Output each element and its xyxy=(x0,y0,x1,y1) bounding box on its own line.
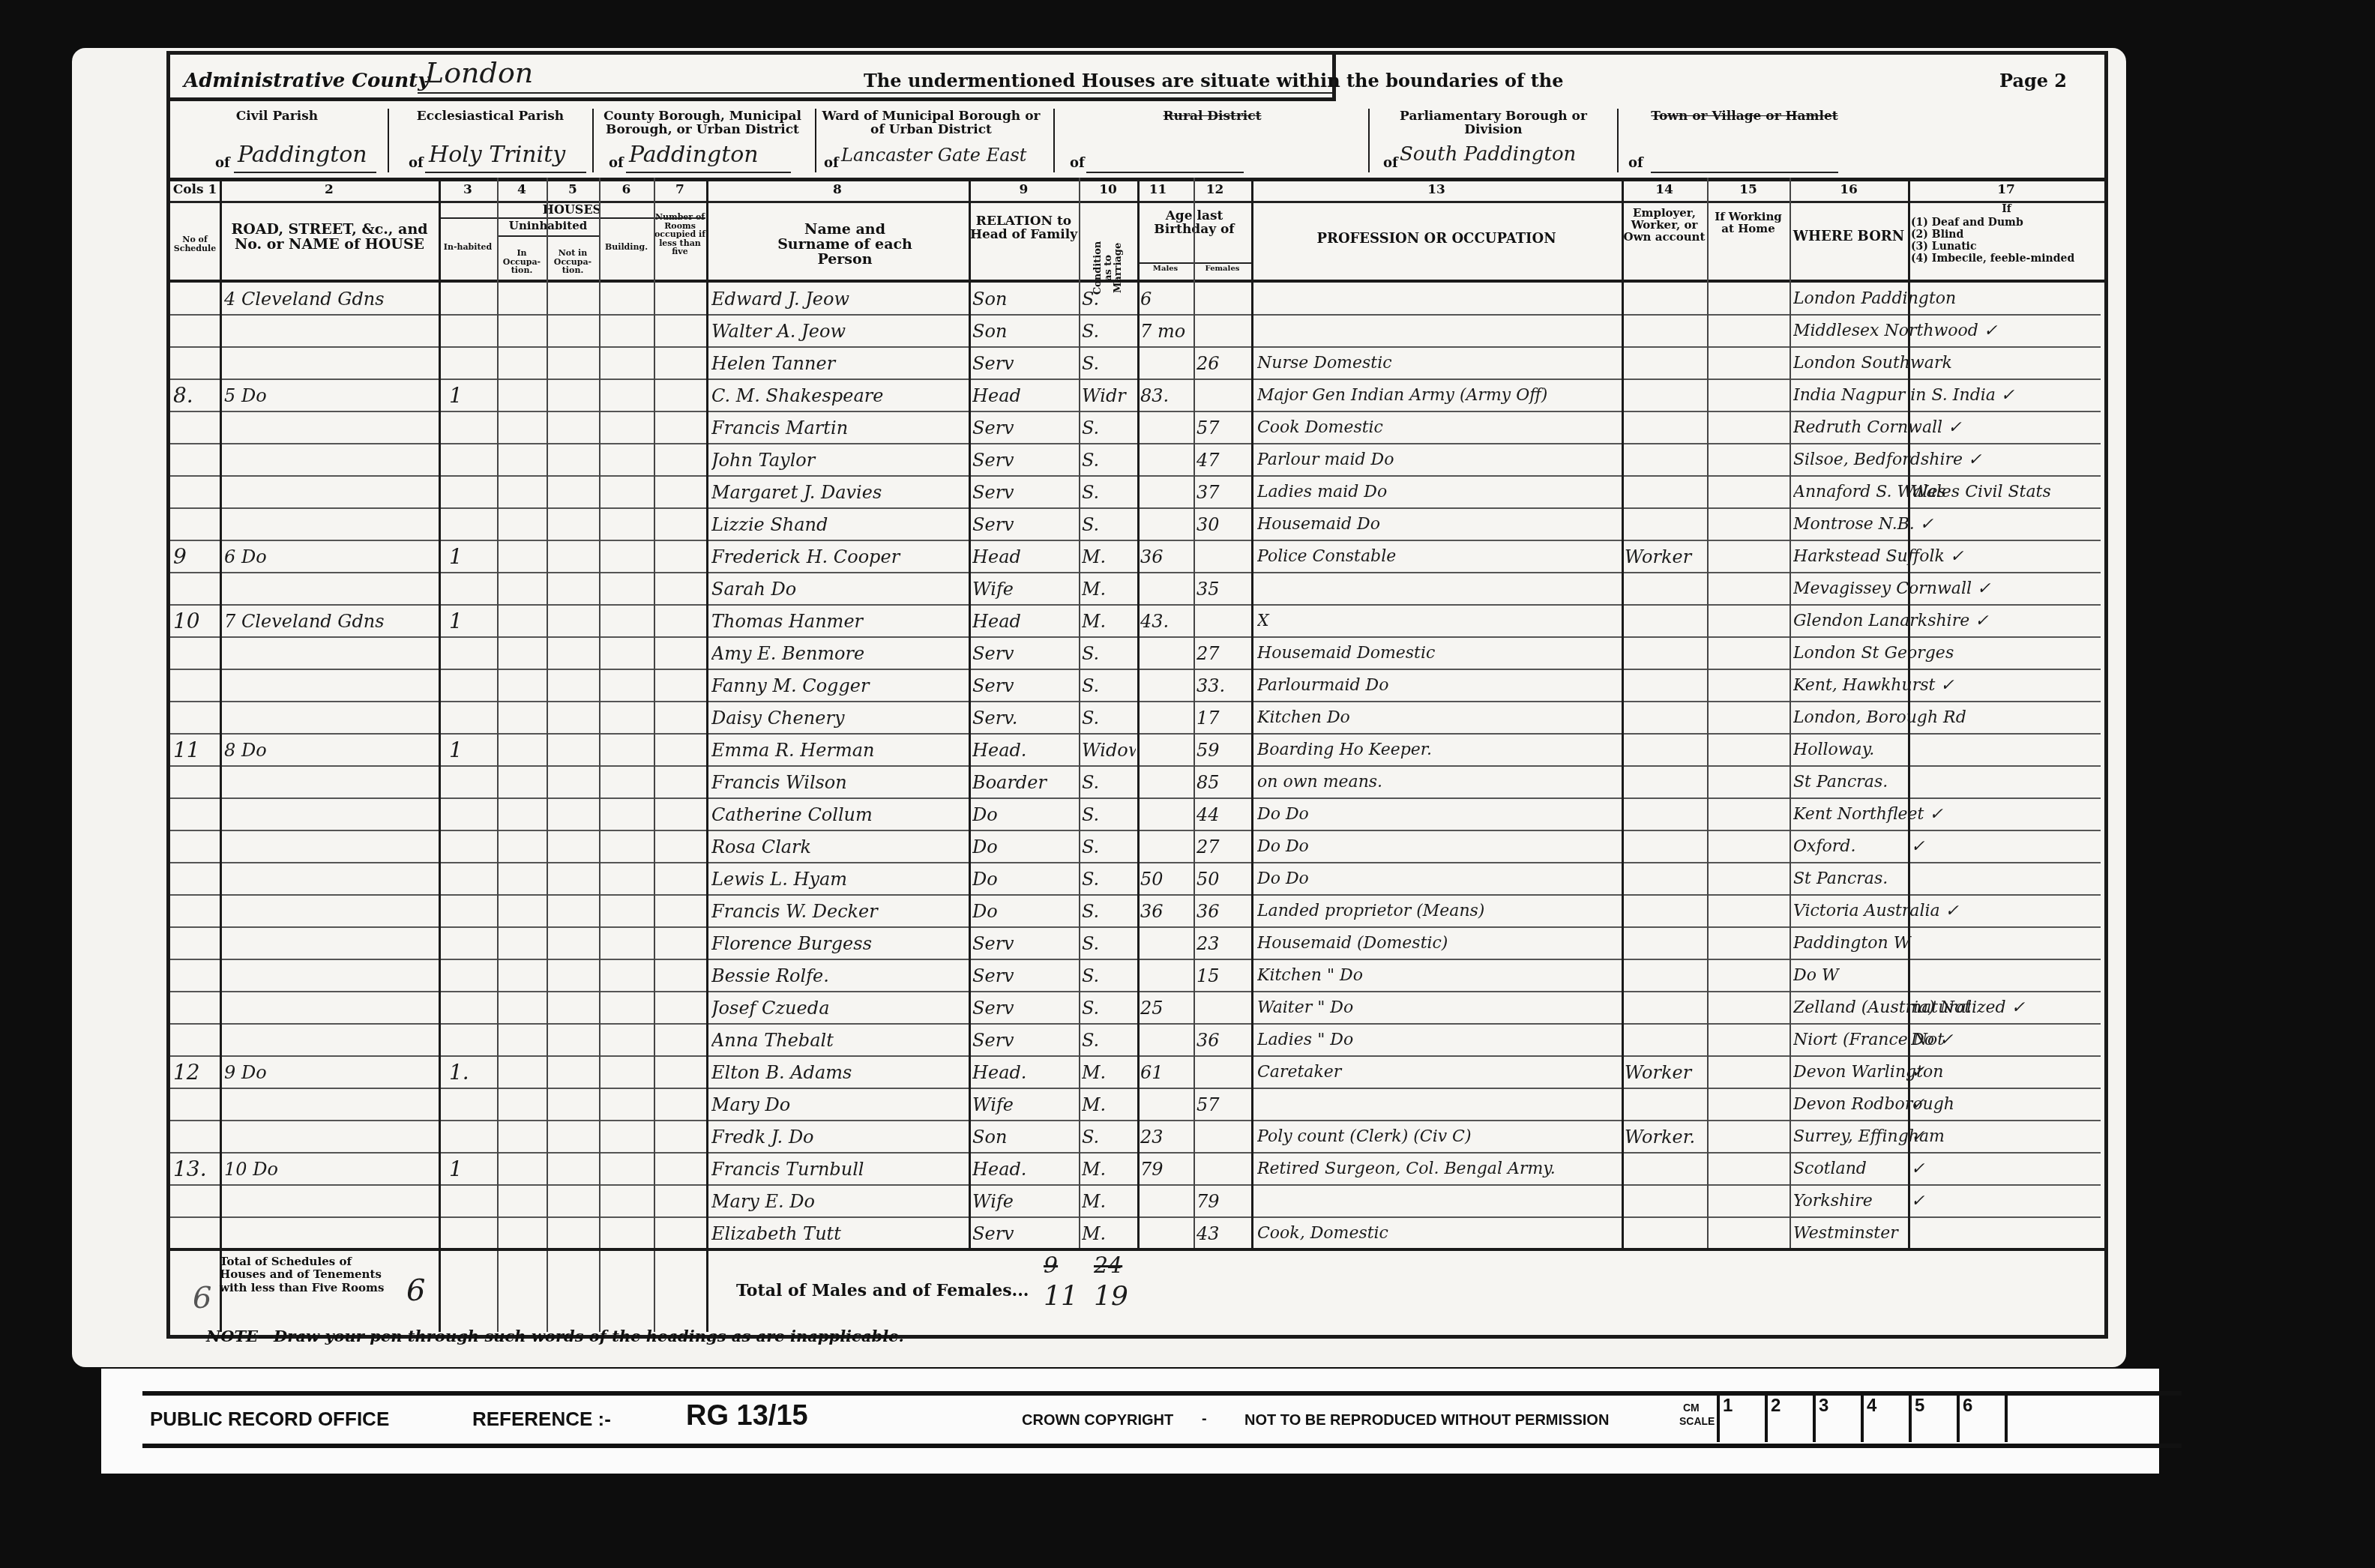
reference-value: RG 13/15 xyxy=(686,1400,808,1432)
county-borough-label: County Borough, Municipal Borough, or Ur… xyxy=(597,110,807,137)
ecclesiastical-parish-value: Holy Trinity xyxy=(429,142,565,168)
town-underline xyxy=(1651,172,1838,173)
admin-county-label: Administrative County xyxy=(184,70,429,92)
column-divider xyxy=(599,178,600,1332)
county-borough-of: of xyxy=(609,155,624,171)
scale-cell-1: 1 xyxy=(1717,1396,1765,1442)
rural-district-underline xyxy=(1086,172,1244,173)
column-divider xyxy=(1622,178,1624,1249)
boundaries-text: The undermentioned Houses are situate wi… xyxy=(864,70,1564,91)
civil-parish-label: Civil Parish xyxy=(170,110,384,124)
admin-county-underline xyxy=(418,92,1332,94)
parliamentary-of: of xyxy=(1383,155,1398,171)
cm-scale-label-2: SCALE xyxy=(1679,1415,1715,1427)
column-divider xyxy=(969,178,971,1249)
census-form: Administrative County London The underme… xyxy=(166,51,2108,1339)
ward-label: Ward of Municipal Borough or of Urban Di… xyxy=(819,110,1044,137)
divider xyxy=(815,109,816,172)
crown-copyright: CROWN COPYRIGHT xyxy=(1022,1412,1173,1429)
scale-cell-end xyxy=(2005,1396,2053,1442)
total-males-struck: 9 xyxy=(1044,1252,1058,1279)
column-divider xyxy=(497,178,499,1332)
county-borough-value: Paddington xyxy=(629,142,759,168)
divider xyxy=(592,109,594,172)
instruction-note: NOTE—Draw your pen through such words of… xyxy=(206,1327,904,1345)
divider xyxy=(1617,109,1619,172)
parliamentary-value: South Paddington xyxy=(1400,143,1576,166)
admin-county-value: London xyxy=(425,56,533,89)
total-schedules-count: 6 xyxy=(193,1281,211,1315)
ecclesiastical-parish-label: Ecclesiastical Parish xyxy=(389,110,592,124)
town-label: Town or Village or Hamlet xyxy=(1621,110,1868,124)
column-divider xyxy=(1193,178,1195,1249)
county-borough-underline xyxy=(626,172,791,173)
town-label-text: Town or Village or Hamlet xyxy=(1651,109,1837,124)
parliamentary-label: Parliamentary Borough or Division xyxy=(1370,110,1617,137)
public-record-office: PUBLIC RECORD OFFICE xyxy=(150,1408,389,1431)
total-males-females-label: Total of Males and of Females... xyxy=(736,1281,1029,1300)
rural-district-label: Rural District xyxy=(1055,110,1370,124)
column-grid xyxy=(170,178,2104,1336)
column-divider xyxy=(1137,178,1140,1249)
archive-reference-strip: PUBLIC RECORD OFFICE REFERENCE :- RG 13/… xyxy=(101,1369,2159,1474)
footer-separator: - xyxy=(1202,1411,1207,1428)
total-females-struck: 24 xyxy=(1094,1252,1122,1279)
total-females: 19 xyxy=(1094,1281,1128,1312)
cm-scale-label-1: CM xyxy=(1683,1402,1700,1414)
column-divider xyxy=(439,178,441,1332)
column-divider xyxy=(1789,178,1791,1249)
column-divider xyxy=(706,178,708,1332)
ward-value: Lancaster Gate East xyxy=(841,145,1026,166)
column-divider xyxy=(1707,178,1709,1249)
total-schedules-label: Total of Schedules of Houses and of Tene… xyxy=(220,1255,392,1294)
total-males: 11 xyxy=(1044,1281,1078,1312)
ecclesiastical-parish-of: of xyxy=(409,155,424,171)
total-inhabited: 6 xyxy=(406,1273,425,1308)
column-divider xyxy=(1079,178,1080,1249)
column-divider xyxy=(1908,178,1910,1249)
no-reproduction-notice: NOT TO BE REPRODUCED WITHOUT PERMISSION xyxy=(1244,1412,1609,1429)
column-divider xyxy=(220,178,222,1332)
scale-cell-6: 6 xyxy=(1957,1396,2005,1442)
column-divider xyxy=(1251,178,1253,1249)
reference-label: REFERENCE :- xyxy=(472,1408,611,1431)
column-divider xyxy=(547,178,548,1332)
civil-parish-underline xyxy=(234,172,376,173)
cm-scale: 123456 xyxy=(1717,1369,2167,1474)
civil-parish-value: Paddington xyxy=(238,142,367,168)
ward-of: of xyxy=(824,155,839,171)
totals-row: 6 Total of Schedules of Houses and of Te… xyxy=(170,1248,2104,1335)
scale-cell-5: 5 xyxy=(1909,1396,1957,1442)
civil-parish-of: of xyxy=(215,155,230,171)
page-number: Page 2 xyxy=(1999,70,2067,91)
admin-divisions-row: Civil Parish of Paddington Ecclesiastica… xyxy=(170,103,2104,178)
ecclesiastical-underline xyxy=(425,172,586,173)
scale-cell-3: 3 xyxy=(1813,1396,1861,1442)
scale-cell-2: 2 xyxy=(1765,1396,1813,1442)
rural-district-of: of xyxy=(1070,155,1085,171)
column-divider xyxy=(654,178,655,1332)
town-of: of xyxy=(1628,155,1643,171)
scale-cell-4: 4 xyxy=(1861,1396,1909,1442)
